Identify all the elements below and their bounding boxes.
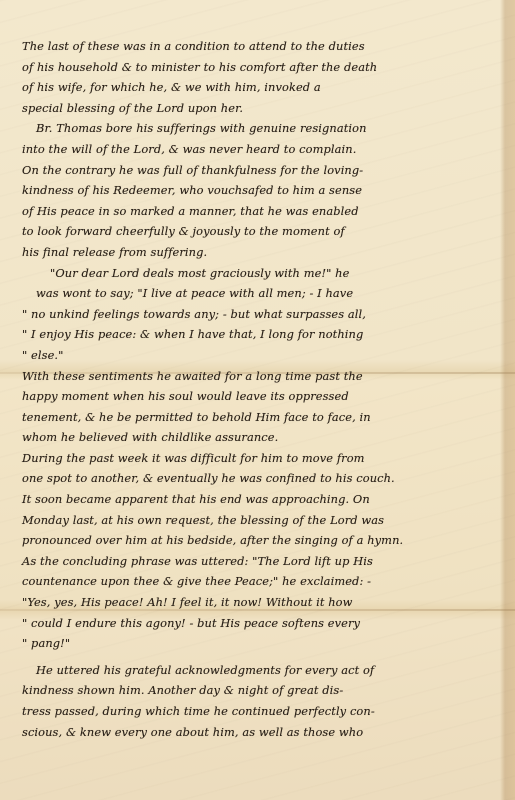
handwritten-text: The last of these was in a condition to … bbox=[22, 12, 500, 742]
text-line: his final release from suffering. bbox=[22, 242, 500, 263]
text-line: " could I endure this agony! - but His p… bbox=[22, 613, 500, 634]
text-line: As the concluding phrase was uttered: "T… bbox=[22, 551, 500, 572]
text-line: of his wife, for which he, & we with him… bbox=[22, 77, 500, 98]
text-line: " I enjoy His peace: & when I have that,… bbox=[22, 324, 500, 345]
text-line: It soon became apparent that his end was… bbox=[22, 489, 500, 510]
text-line: tenement, & he be permitted to behold Hi… bbox=[22, 407, 500, 428]
text-line: into the will of the Lord, & was never h… bbox=[22, 139, 500, 160]
text-line: scious, & knew every one about him, as w… bbox=[22, 722, 500, 743]
text-line: countenance upon thee & give thee Peace;… bbox=[22, 571, 500, 592]
text-line: During the past week it was difficult fo… bbox=[22, 448, 500, 469]
text-line: of his household & to minister to his co… bbox=[22, 57, 500, 78]
text-line: whom he believed with childlike assuranc… bbox=[22, 427, 500, 448]
text-line: special blessing of the Lord upon her. bbox=[22, 98, 500, 119]
text-line: "Our dear Lord deals most graciously wit… bbox=[22, 263, 500, 284]
text-line: Monday last, at his own request, the ble… bbox=[22, 510, 500, 531]
text-line: He uttered his grateful acknowledgments … bbox=[22, 660, 500, 681]
text-line: With these sentiments he awaited for a l… bbox=[22, 366, 500, 387]
manuscript-page: The last of these was in a condition to … bbox=[0, 0, 515, 800]
text-line: " pang!" bbox=[22, 633, 500, 654]
text-line: pronounced over him at his bedside, afte… bbox=[22, 530, 500, 551]
text-line: "Yes, yes, His peace! Ah! I feel it, it … bbox=[22, 592, 500, 613]
text-line: Br. Thomas bore his sufferings with genu… bbox=[22, 118, 500, 139]
text-line: The last of these was in a condition to … bbox=[22, 36, 500, 57]
text-line: to look forward cheerfully & joyously to… bbox=[22, 221, 500, 242]
text-line: On the contrary he was full of thankfuln… bbox=[22, 160, 500, 181]
text-line: of His peace in so marked a manner, that… bbox=[22, 201, 500, 222]
text-line: was wont to say; "I live at peace with a… bbox=[22, 283, 500, 304]
text-line: one spot to another, & eventually he was… bbox=[22, 468, 500, 489]
text-line: " no unkind feelings towards any; - but … bbox=[22, 304, 500, 325]
text-line: tress passed, during which time he conti… bbox=[22, 701, 500, 722]
text-line: happy moment when his soul would leave i… bbox=[22, 386, 500, 407]
text-line: " else." bbox=[22, 345, 500, 366]
text-line: kindness of his Redeemer, who vouchsafed… bbox=[22, 180, 500, 201]
text-line: kindness shown him. Another day & night … bbox=[22, 680, 500, 701]
